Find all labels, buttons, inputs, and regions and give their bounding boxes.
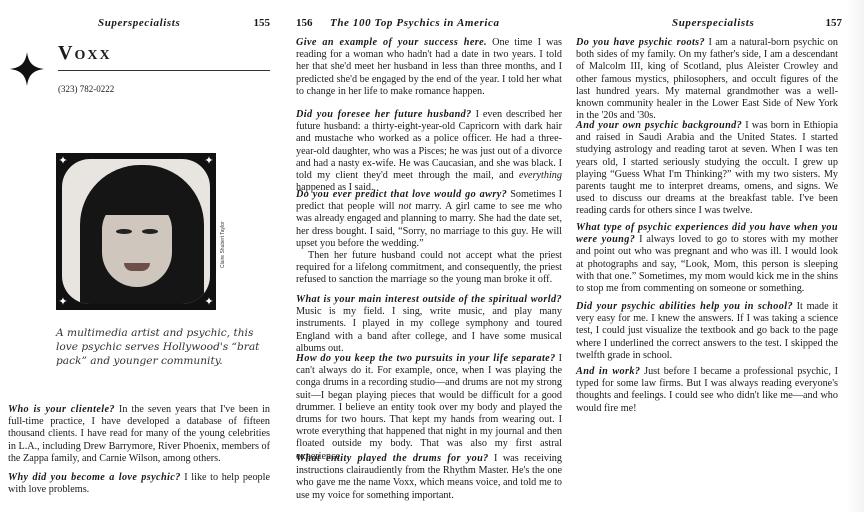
answer-emphasis: not (398, 201, 411, 212)
running-head-title: The 100 Top Psychics in America (330, 17, 500, 29)
question: Did your psychic abilities help you in s… (576, 301, 793, 312)
corner-star-icon: ✦ (204, 297, 214, 307)
qa-paragraph: What entity played the drums for you? I … (296, 453, 562, 502)
running-head-title: Superspecialists (672, 17, 754, 29)
corner-star-icon: ✦ (58, 297, 68, 307)
photo-eye (116, 229, 132, 234)
question: And your own psychic background? (576, 120, 742, 131)
qa-paragraph: Why did you become a love psychic? I lik… (8, 472, 270, 496)
running-head: Superspecialists 155 (8, 17, 270, 31)
photo-credit: Claire Shubert Taylor (220, 221, 226, 268)
question: And in work? (576, 366, 640, 377)
page-157: Superspecialists 157 Do you have psychic… (576, 0, 838, 512)
four-point-star-icon (10, 52, 44, 86)
qa-paragraph: What is your main interest outside of th… (296, 294, 562, 355)
qa-paragraph: Did you foresee her future husband? I ev… (296, 109, 562, 194)
photo-mouth (124, 263, 150, 271)
page-number: 157 (826, 17, 843, 29)
qa-paragraph: What type of psychic experiences did you… (576, 222, 838, 295)
qa-paragraph: Do you have psychic roots? I am a natura… (576, 37, 838, 122)
name-divider (58, 70, 270, 71)
running-head-title: Superspecialists (98, 17, 180, 29)
portrait-photo: ✦ ✦ ✦ ✦ (56, 153, 216, 310)
page-edge-shadow (846, 0, 864, 512)
question: Did you foresee her future husband? (296, 109, 472, 120)
running-head: 156 The 100 Top Psychics in America (296, 17, 562, 31)
photo-caption: A multimedia artist and psychic, this lo… (56, 326, 266, 368)
corner-star-icon: ✦ (204, 156, 214, 166)
page-156: 156 The 100 Top Psychics in America Give… (296, 0, 562, 512)
photo-frame (62, 159, 210, 304)
answer: Music is my field. I sing, write music, … (296, 306, 562, 354)
question: Do you ever predict that love would go a… (296, 189, 507, 200)
running-head: Superspecialists 157 (576, 17, 838, 31)
question: Do you have psychic roots? (576, 37, 705, 48)
answer-emphasis: everything (519, 170, 562, 181)
qa-paragraph: Do you ever predict that love would go a… (296, 189, 562, 287)
photo-eye (142, 229, 158, 234)
answer: I can't always do it. For example, once,… (296, 353, 562, 462)
question: Why did you become a love psychic? (8, 472, 181, 483)
qa-paragraph: And in work? Just before I became a prof… (576, 366, 838, 415)
page-number: 156 (296, 17, 313, 29)
photo-bangs (96, 181, 178, 215)
question: What is your main interest outside of th… (296, 294, 562, 305)
corner-star-icon: ✦ (58, 156, 68, 166)
entry-phone: (323) 782-0222 (58, 84, 114, 94)
qa-paragraph: How do you keep the two pursuits in your… (296, 353, 562, 463)
answer: I am a natural-born psychic on both side… (576, 37, 838, 121)
question: How do you keep the two pursuits in your… (296, 353, 556, 364)
qa-paragraph: Who is your clientele? In the seven year… (8, 404, 270, 465)
answer-continuation: Then her future husband could not accept… (296, 250, 562, 287)
entry-name: Voxx (58, 42, 112, 65)
question: What entity played the drums for you? (296, 453, 489, 464)
question: Who is your clientele? (8, 404, 115, 415)
qa-paragraph: Give an example of your success here. On… (296, 37, 562, 98)
page-number: 155 (254, 17, 271, 29)
question: Give an example of your success here. (296, 37, 487, 48)
answer: I was born in Ethiopia and raised in Sau… (576, 120, 838, 216)
qa-paragraph: Did your psychic abilities help you in s… (576, 301, 838, 362)
qa-paragraph: And your own psychic background? I was b… (576, 120, 838, 218)
page-155: Superspecialists 155 Voxx (323) 782-0222… (8, 0, 270, 512)
